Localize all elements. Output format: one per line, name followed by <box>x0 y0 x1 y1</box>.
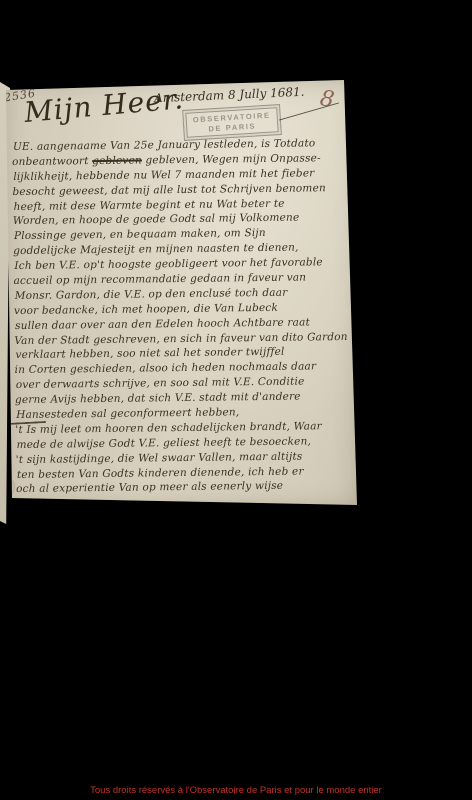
letter-text: 't sijn kastijdinge, die Wel swaar Valle… <box>16 450 303 466</box>
letter-text: sullen daar over aan den Edelen hooch Ac… <box>15 316 310 332</box>
letter-text: Worden, en hoope de goede Godt sal mij V… <box>13 212 300 228</box>
letter-text: verklaart hebben, soo niet sal het sonde… <box>15 346 284 361</box>
letter-text: goddelijcke Majesteijt en mijnen naasten… <box>13 242 299 257</box>
letter-text: gerne Avijs hebben, dat sich V.E. stadt … <box>15 391 301 406</box>
letter-text: mede de alwijse Godt V.E. geliest heeft … <box>16 435 311 451</box>
letter-text: UE. aangenaame Van 25e January lestleden… <box>13 137 316 153</box>
letter-text: besocht geweest, dat mij alle lust tot S… <box>12 182 326 198</box>
letter-text: och al experientie Van op meer als eener… <box>16 480 283 495</box>
letter-text: over derwaarts schrijve, en soo sal mit … <box>16 376 305 392</box>
letter-text: accueil op mijn recommandatie gedaan in … <box>13 271 306 287</box>
letter-text: voor bedancke, ich met hoopen, die Van L… <box>14 302 278 317</box>
letter-text: Ich ben V.E. op't hoogste geobligeert vo… <box>14 256 323 272</box>
letter-text: 't Is mij leet om hooren den schadelijck… <box>15 420 322 436</box>
letter-text: Hansesteden sal geconformeert hebben, <box>16 406 239 421</box>
stamp-line2: DE PARIS <box>208 122 256 134</box>
letter-text: Monsr. Gardon, die V.E. op den enclusé t… <box>15 287 288 302</box>
letter-text: ten besten Van Godts kinderen dienende, … <box>17 465 304 481</box>
observatoire-stamp: OBSERVATOIRE DE PARIS <box>182 104 282 141</box>
letter-body: UE. aangenaame Van 25e January lestleden… <box>12 136 350 497</box>
letter-text: lijklikheijt, hebbende nu Wel 7 maanden … <box>13 167 314 183</box>
letter-text: onbeantwoort <box>12 155 92 168</box>
copyright-caption: Tous droits réservés à l'Observatoire de… <box>0 785 472 796</box>
photo-viewer: 2536 Mijn Heer. Amsterdam 8 Jully 1681. … <box>0 0 472 800</box>
letter-text: Plossinge geven, en bequaam maken, om Si… <box>14 227 266 242</box>
letter-text: in Corten geschieden, alsoo ich heden no… <box>15 361 317 377</box>
folio-number: 8 <box>318 88 335 112</box>
struck-word: gebleven <box>92 154 142 167</box>
letter-text: gebleven, Wegen mijn Onpasse- <box>142 152 321 166</box>
manuscript-page: 2536 Mijn Heer. Amsterdam 8 Jully 1681. … <box>0 78 362 510</box>
letter-text: heeft, mit dese Warmte begint et nu Wat … <box>14 197 285 212</box>
